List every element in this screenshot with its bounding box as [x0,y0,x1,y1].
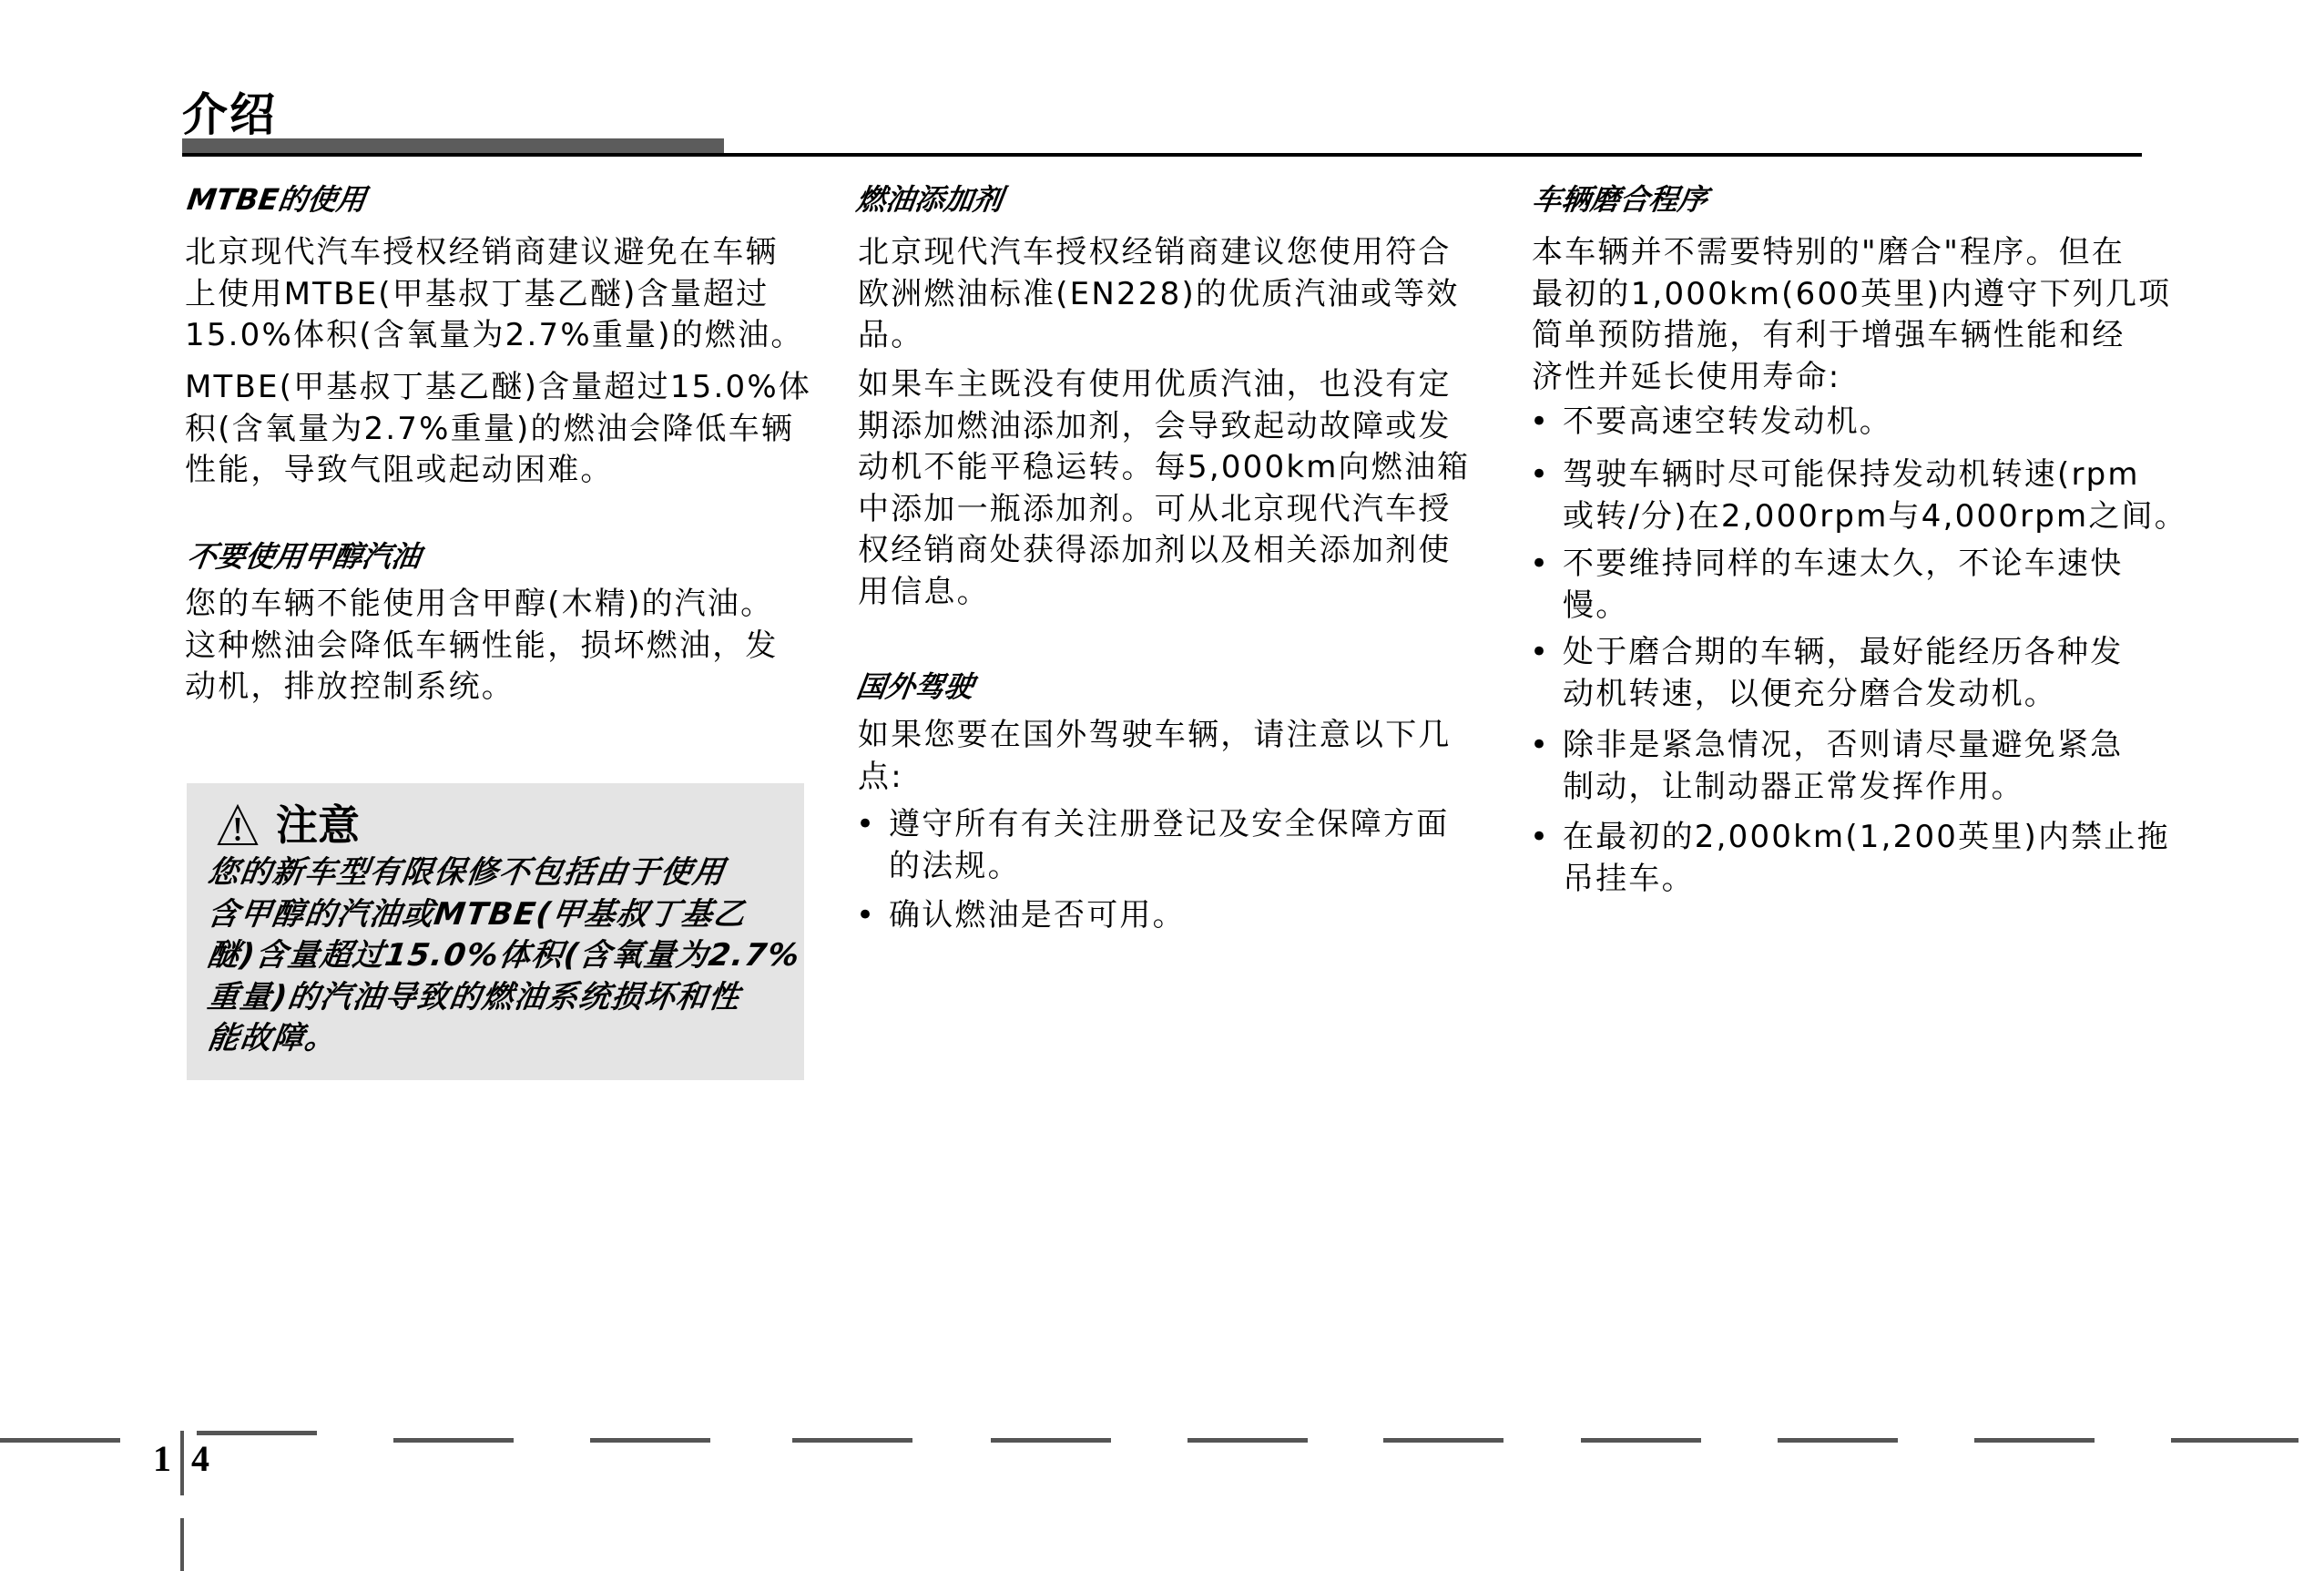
text-line: 本车辆并不需要特别的"磨合"程序。但在 [1532,232,2171,274]
text-line: 不要维持同样的车速太久，不论车速快 [1563,544,2123,586]
chapter-number: 1 [153,1441,171,1477]
dash [991,1438,1111,1443]
text-line: 重量)的汽油导致的燃油系统损坏和性 [205,977,803,1019]
bullet-icon: • [1530,402,1548,444]
page-divider-line [180,1431,184,1495]
caution-box: 注意 您的新车型有限保修不包括由于使用 含甲醇的汽油或MTBE(甲基叔丁基乙 醚… [187,783,804,1080]
heading-break-in: 车辆磨合程序 [1530,181,1710,218]
text-line: 处于磨合期的车辆，最好能经历各种发 [1563,632,2123,674]
dash [1383,1438,1503,1443]
caution-label: 注意 [276,800,360,851]
paragraph-mtbe-1: 北京现代汽车授权经销商建议避免在车辆 上使用MTBE(甲基叔丁基乙醚)含量超过 … [185,232,804,357]
text-line: 用信息。 [858,572,1470,614]
dash [1187,1438,1308,1443]
paragraph-break-in: 本车辆并不需要特别的"磨合"程序。但在 最初的1,000km(600英里)内遵守… [1532,232,2171,398]
bullet-icon: • [1530,454,1548,496]
caution-text: 您的新车型有限保修不包括由于使用 含甲醇的汽油或MTBE(甲基叔丁基乙 醚)含量… [205,852,797,1060]
text-line: 15.0%体积(含氧量为2.7%重量)的燃油。 [185,315,804,357]
heading-mtbe-usage: MTBE的使用 [185,181,369,218]
bullet-icon: • [856,804,874,846]
text-line: 确认燃油是否可用。 [889,895,1186,937]
text-line: 能故障。 [205,1018,803,1060]
text-line: 性能，导致气阻或起动困难。 [185,450,811,492]
text-line: 除非是紧急情况，否则请尽量避免紧急 [1563,725,2123,767]
text-line: 品。 [858,315,1460,357]
text-line: 积(含氧量为2.7%重量)的燃油会降低车辆 [185,409,811,451]
text-line: 济性并延长使用寿命: [1532,357,2171,399]
dash [0,1438,120,1443]
dash [1974,1438,2095,1443]
bullet-icon: • [1530,817,1548,859]
text-line: 或转/分)在2,000rpm与4,000rpm之间。 [1563,496,2187,538]
heading-fuel-additives: 燃油添加剂 [854,181,1005,218]
dash [393,1438,514,1443]
text-line: 点: [858,757,1452,799]
text-line: 遵守所有有关注册登记及安全保障方面 [889,804,1449,846]
bullet-icon: • [856,895,874,937]
bullet-icon: • [1530,725,1548,767]
text-line: 慢。 [1563,586,2123,627]
text-line: MTBE(甲基叔丁基乙醚)含量超过15.0%体 [185,367,811,409]
text-line: 醚)含量超过15.0%体积(含氧量为2.7% [205,935,803,977]
text-line: 最初的1,000km(600英里)内遵守下列几项 [1532,274,2171,316]
text-line: 这种燃油会降低车辆性能，损坏燃油，发 [185,626,779,668]
text-line: 动机，排放控制系统。 [185,667,779,709]
heading-no-methanol: 不要使用甲醇汽油 [185,538,423,575]
paragraph-driving-abroad: 如果您要在国外驾驶车辆，请注意以下几 点: [858,715,1452,798]
caution-header: 注意 [216,800,360,851]
title-rule [182,153,2142,157]
heading-driving-abroad: 国外驾驶 [854,668,976,705]
dash [590,1438,710,1443]
paragraph-no-methanol: 您的车辆不能使用含甲醇(木精)的汽油。 这种燃油会降低车辆性能，损坏燃油，发 动… [185,584,779,709]
page-title: 介绍 [182,87,277,142]
text-line: 期添加燃油添加剂，会导致起动故障或发 [858,406,1470,448]
text-line: 您的车辆不能使用含甲醇(木精)的汽油。 [185,584,779,626]
text-line: 不要高速空转发动机。 [1563,402,1892,444]
warning-triangle-icon [216,803,260,847]
text-line: 您的新车型有限保修不包括由于使用 [205,852,803,894]
text-line: 吊挂车。 [1563,859,2170,901]
dash [1581,1438,1701,1443]
text-line: 如果车主既没有使用优质汽油，也没有定 [858,364,1470,406]
paragraph-fuel-additives-1: 北京现代汽车授权经销商建议您使用符合 欧洲燃油标准(EN228)的优质汽油或等效… [858,232,1460,357]
page-number: 4 [191,1441,209,1477]
text-line: 上使用MTBE(甲基叔丁基乙醚)含量超过 [185,274,804,316]
paragraph-fuel-additives-2: 如果车主既没有使用优质汽油，也没有定 期添加燃油添加剂，会导致起动故障或发 动机… [858,364,1470,613]
text-line: 如果您要在国外驾驶车辆，请注意以下几 [858,715,1452,757]
text-line: 欧洲燃油标准(EN228)的优质汽油或等效 [858,274,1460,316]
paragraph-mtbe-2: MTBE(甲基叔丁基乙醚)含量超过15.0%体 积(含氧量为2.7%重量)的燃油… [185,367,811,492]
text-line: 动机转速，以便充分磨合发动机。 [1563,674,2123,716]
bullet-icon: • [1530,544,1548,586]
text-line: 简单预防措施，有利于增强车辆性能和经 [1532,315,2171,357]
dash [2171,1438,2299,1443]
bullet-icon: • [1530,632,1548,674]
text-line: 北京现代汽车授权经销商建议您使用符合 [858,232,1460,274]
text-line: 北京现代汽车授权经销商建议避免在车辆 [185,232,804,274]
text-line: 的法规。 [889,846,1449,888]
text-line: 在最初的2,000km(1,200英里)内禁止拖 [1563,817,2170,859]
page-divider-line [180,1518,184,1571]
text-line: 权经销商处获得添加剂以及相关添加剂使 [858,530,1470,572]
text-line: 动机不能平稳运转。每5,000km向燃油箱 [858,447,1470,489]
dash [792,1438,912,1443]
dash [197,1431,317,1435]
dash [1778,1438,1898,1443]
text-line: 驾驶车辆时尽可能保持发动机转速(rpm [1563,454,2187,496]
text-line: 制动，让制动器正常发挥作用。 [1563,767,2123,809]
text-line: 中添加一瓶添加剂。可从北京现代汽车授 [858,489,1470,531]
text-line: 含甲醇的汽油或MTBE(甲基叔丁基乙 [205,894,803,936]
